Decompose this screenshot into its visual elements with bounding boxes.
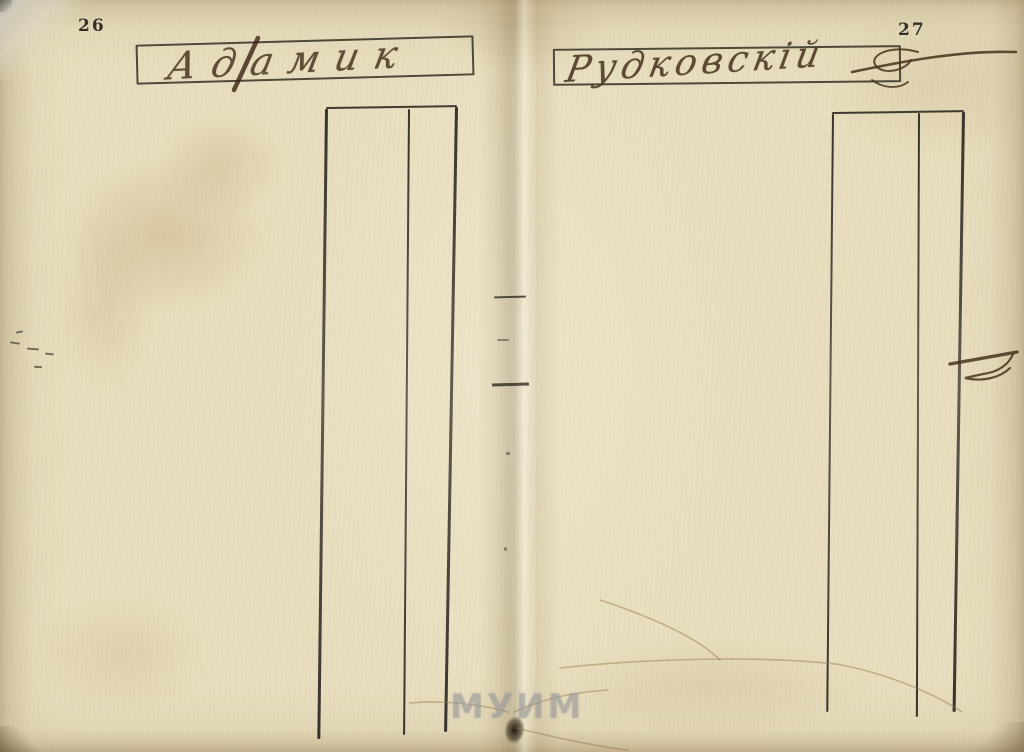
- left-handwritten-name: Адамик: [164, 31, 417, 88]
- page-number-left: 26: [78, 16, 106, 36]
- ink-speck: [45, 353, 54, 356]
- left-table-column-rule-2: [403, 109, 410, 735]
- scanner-corner-top-left: [0, 0, 95, 80]
- right-table-column-rule-3: [953, 112, 965, 712]
- crease-line: [836, 664, 962, 712]
- ink-speck: [10, 341, 20, 344]
- crease-line: [600, 600, 720, 660]
- binding-stitch: [497, 339, 509, 341]
- scanner-corner-bottom-left: [0, 726, 44, 752]
- center-fold: [478, 0, 560, 752]
- left-table-column-rule-3: [444, 107, 458, 732]
- right-margin-ink-mark: [965, 354, 1013, 380]
- left-table-column-rule-1: [317, 109, 328, 739]
- ink-speck: [27, 348, 39, 351]
- right-table-top-rule: [832, 110, 964, 114]
- binding-stitch: [504, 547, 507, 551]
- ink-speck: [16, 330, 23, 333]
- right-table-column-rule-1: [826, 114, 834, 712]
- left-table-top-rule: [326, 105, 457, 109]
- page-number-right: 27: [898, 20, 926, 40]
- right-table-column-rule-2: [916, 113, 920, 717]
- scanned-book-spread: 26 Адамик 27 Рудковскій МУИМ: [0, 0, 1024, 752]
- scanner-corner-bottom-right: [964, 722, 1024, 752]
- watermark-text: МУИМ: [450, 687, 584, 727]
- crease-line: [560, 659, 836, 668]
- ink-speck: [34, 366, 42, 368]
- binding-stitch: [506, 452, 510, 455]
